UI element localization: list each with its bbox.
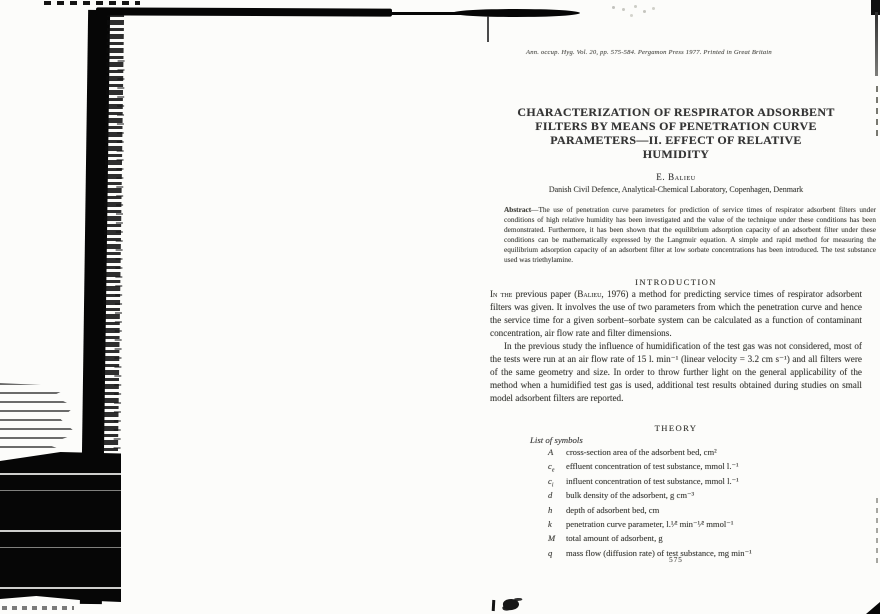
symbols-list: A cross-section area of the adsorbent be… (548, 447, 880, 562)
symbol: M (548, 533, 566, 546)
symbol-row: A cross-section area of the adsorbent be… (548, 447, 880, 461)
list-of-symbols-label: List of symbols (530, 435, 880, 445)
symbol: k (548, 519, 566, 532)
symbol: ce (548, 461, 566, 474)
symbol-definition: influent concentration of test substance… (566, 476, 880, 487)
paper-title-line-4: HUMIDITY (490, 147, 862, 161)
symbol-definition: penetration curve parameter, l.¹⁄² min⁻¹… (566, 519, 880, 530)
journal-citation-line: Ann. occup. Hyg. Vol. 20, pp. 575-584. P… (490, 49, 880, 56)
abstract-label: Abstract (504, 205, 531, 214)
symbol-definition: depth of adsorbent bed, cm (566, 505, 880, 515)
symbol-definition: cross-section area of the adsorbent bed,… (566, 447, 880, 457)
abstract-text: —The use of penetration curve parameters… (504, 205, 876, 264)
symbol-definition: bulk density of the adsorbent, g cm⁻³ (566, 490, 880, 501)
introduction-paragraph-1: In the previous paper (Balieu, 1976) a m… (490, 288, 862, 340)
symbol: h (548, 505, 566, 518)
introduction-paragraph-2: In the previous study the influence of h… (490, 340, 862, 405)
paper-title-line-2: FILTERS BY MEANS OF PENETRATION CURVE (490, 119, 862, 133)
paper-title: CHARACTERIZATION OF RESPIRATOR ADSORBENT… (490, 105, 862, 161)
symbol: ci (548, 476, 566, 489)
symbol-row: k penetration curve parameter, l.¹⁄² min… (548, 519, 880, 533)
page-number: 575 (490, 556, 880, 564)
paragraph-1-mid: previous paper ( (512, 289, 577, 299)
author-name: E. Balieu (490, 172, 862, 182)
symbol-row: ce effluent concentration of test substa… (548, 461, 880, 475)
theory-heading: THEORY (490, 423, 862, 433)
symbol-definition: total amount of adsorbent, g (566, 533, 880, 543)
symbol-row: ci influent concentration of test substa… (548, 476, 880, 490)
symbol-definition: effluent concentration of test substance… (566, 461, 880, 472)
paper-title-line-3: PARAMETERS—II. EFFECT OF RELATIVE (490, 133, 862, 147)
introduction-heading: INTRODUCTION (490, 277, 862, 287)
symbol: d (548, 490, 566, 503)
journal-citation-text: Ann. occup. Hyg. Vol. 20, pp. 575-584. P… (526, 49, 772, 56)
symbol: A (548, 447, 566, 460)
symbol-row: d bulk density of the adsorbent, g cm⁻³ (548, 490, 880, 504)
paragraph-lead-smallcaps: In the (490, 289, 512, 299)
paper-title-line-1: CHARACTERIZATION OF RESPIRATOR ADSORBENT (490, 105, 862, 119)
citation-author-smallcaps: Balieu (577, 289, 601, 299)
introduction-body: In the previous paper (Balieu, 1976) a m… (490, 288, 862, 405)
author-affiliation: Danish Civil Defence, Analytical-Chemica… (490, 185, 862, 194)
symbol-row: h depth of adsorbent bed, cm (548, 505, 880, 519)
symbol-row: M total amount of adsorbent, g (548, 533, 880, 547)
abstract-paragraph: Abstract—The use of penetration curve pa… (504, 205, 876, 264)
